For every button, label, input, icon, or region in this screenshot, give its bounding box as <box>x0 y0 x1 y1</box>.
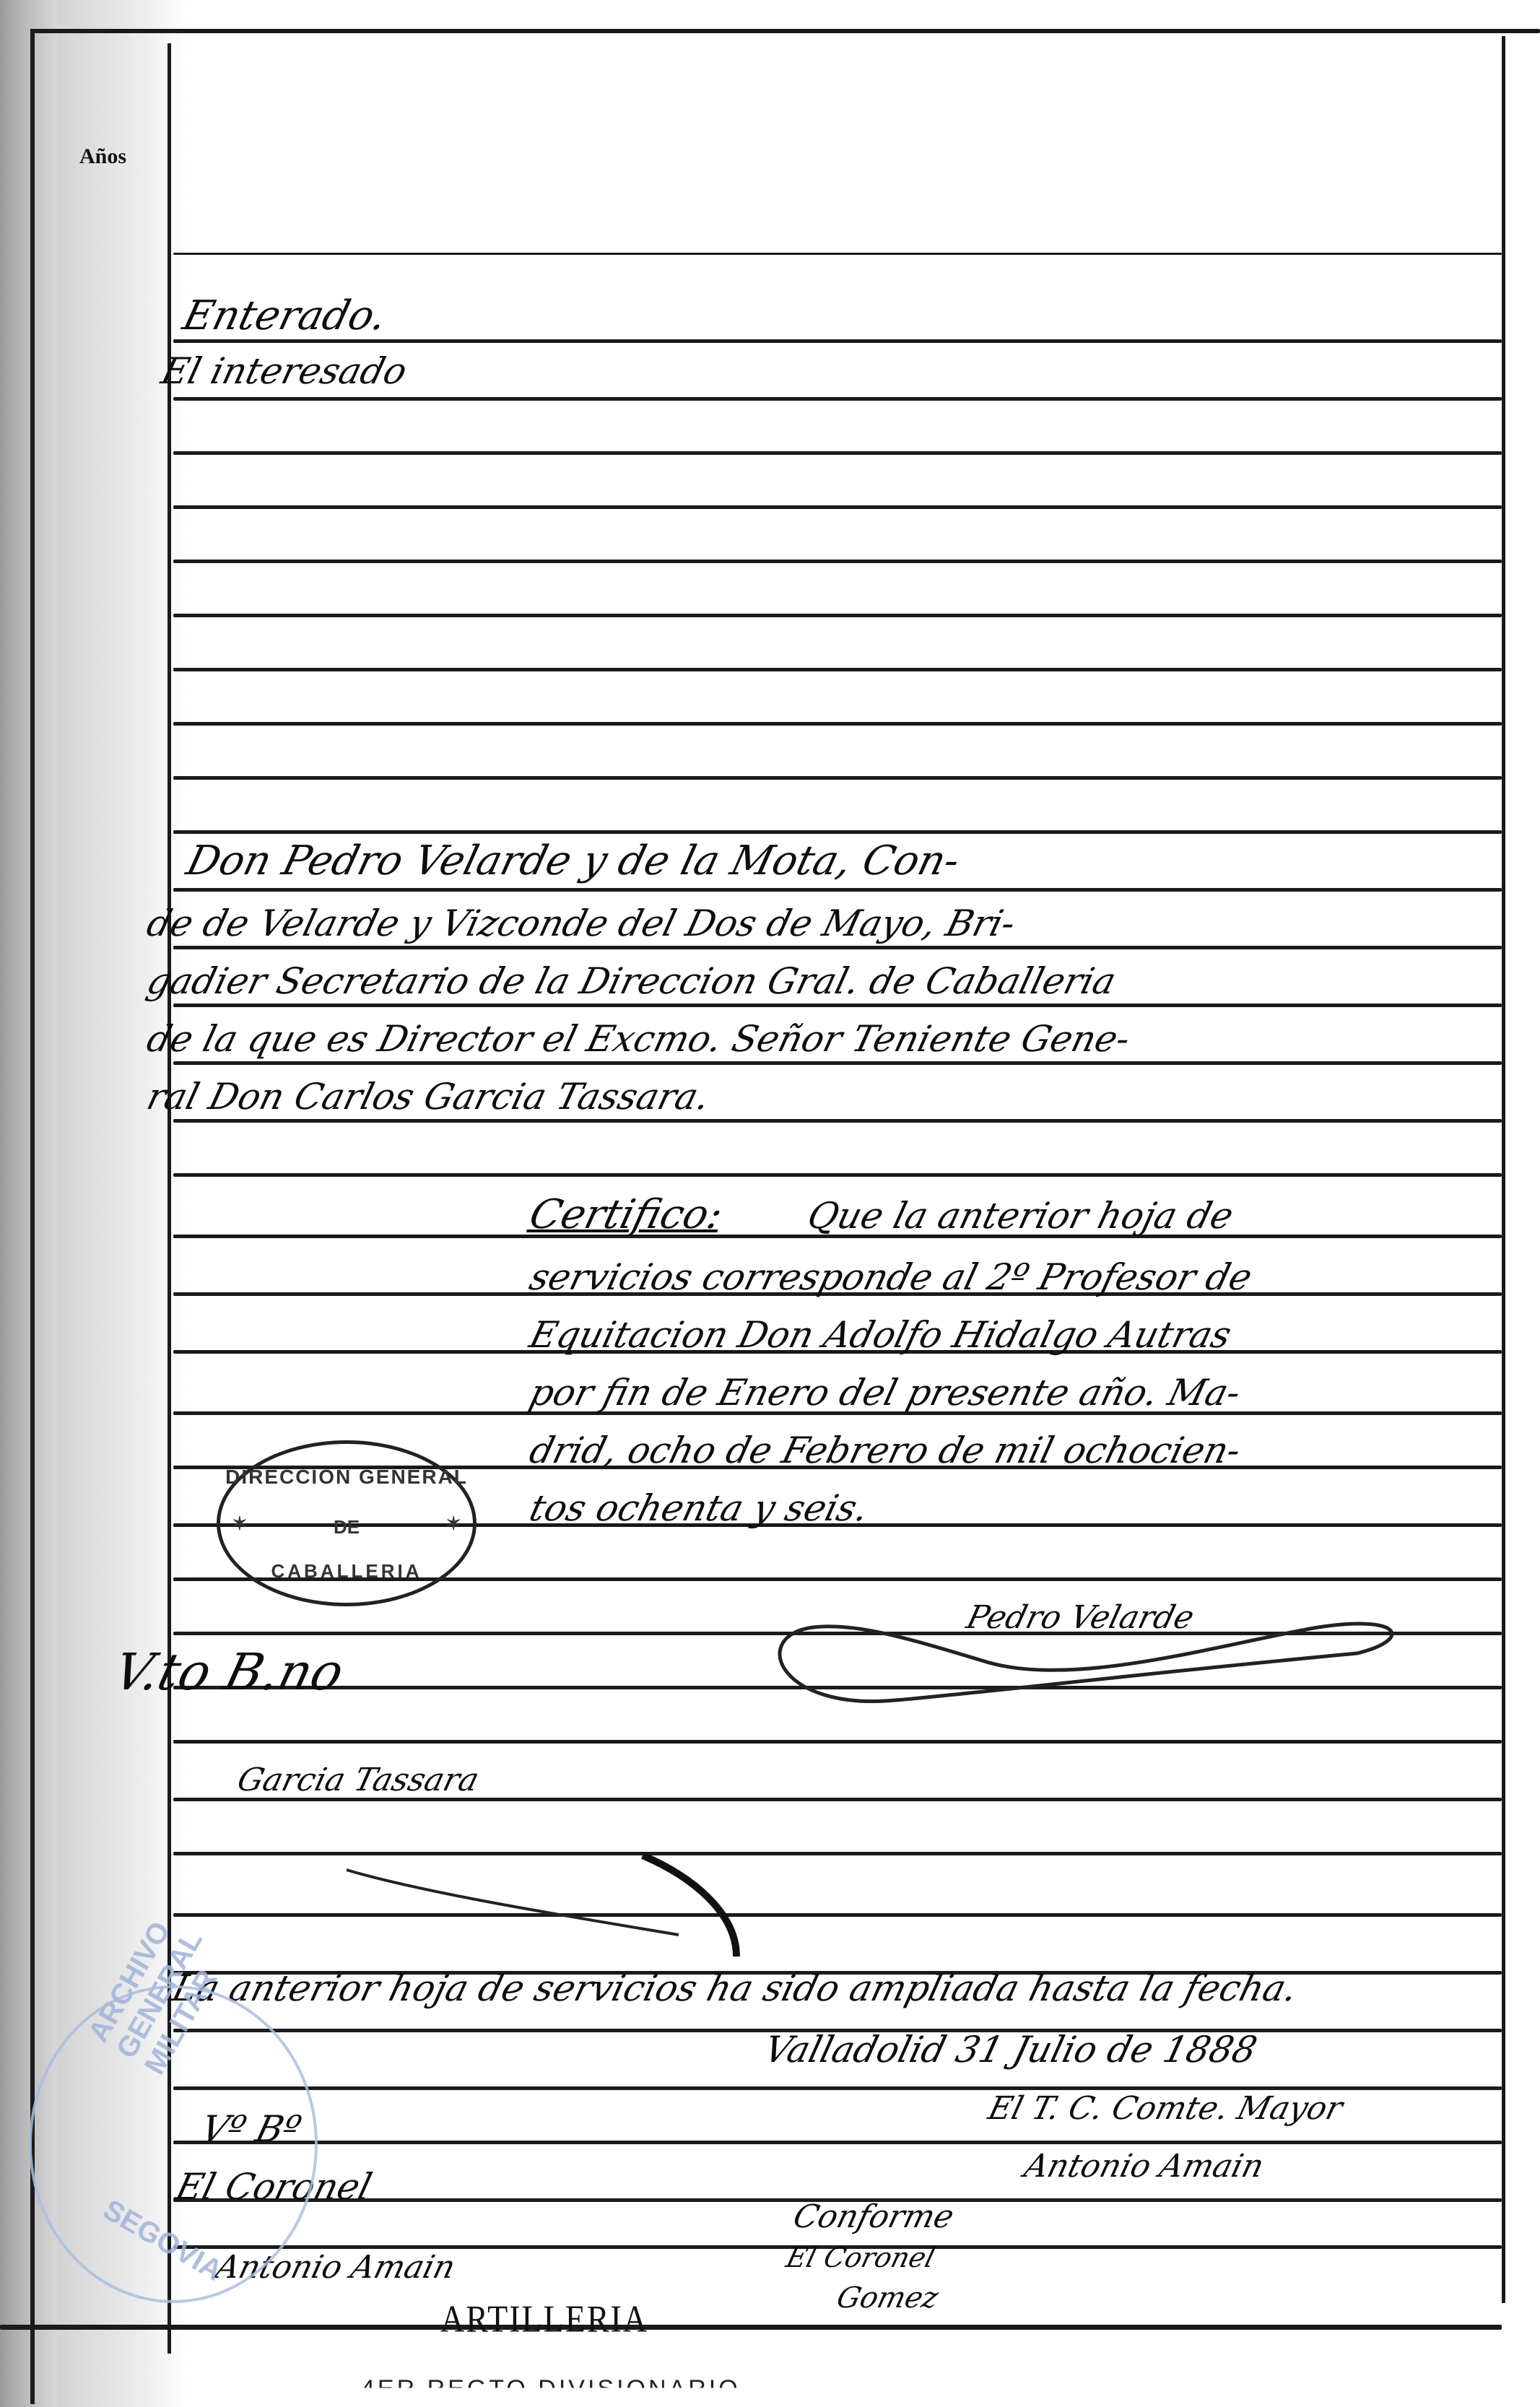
top-border-rule <box>32 29 1540 33</box>
signature-right: Antonio Amain <box>1021 2148 1268 2185</box>
page-binding-shadow <box>0 0 58 2407</box>
header-line-2: de de Velarde y Vizconde del Dos de Mayo… <box>143 902 1020 944</box>
cert-line-5: drid, ocho de Febrero de mil ochocien- <box>526 1429 1245 1471</box>
signature-flourish-icon <box>765 1610 1415 1704</box>
place-date: Valladolid 31 Julio de 1888 <box>760 2029 1261 2071</box>
conforme-signature: Gomez <box>833 2281 941 2315</box>
header-line-1: Don Pedro Velarde y de la Mota, Con- <box>182 837 965 884</box>
header-line-3: gadier Secretario de la Direccion Gral. … <box>143 960 1121 1002</box>
extension-note: La anterior hoja de servicios ha sido am… <box>168 1967 1302 2009</box>
header-line-4: de la que es Director el Excmo. Señor Te… <box>143 1018 1134 1060</box>
cert-line-1: Que la anterior hoja de <box>804 1195 1237 1237</box>
notice-interesado: El interesado <box>157 350 412 392</box>
cert-line-6: tos ochenta y seis. <box>526 1487 873 1529</box>
star-icon: ✶ <box>445 1512 461 1535</box>
header-line-5: ral Don Carlos Garcia Tassara. <box>143 1076 714 1118</box>
pen-flourish-icon <box>332 1848 765 1964</box>
notice-enterado: Enterado. <box>178 292 391 339</box>
cert-line-2: servicios corresponde al 2º Profesor de <box>526 1256 1256 1298</box>
cert-line-3: Equitacion Don Adolfo Hidalgo Autras <box>526 1314 1235 1356</box>
bottom-border-rule <box>0 2325 1502 2330</box>
archivo-general-militar-seal: ARCHIVO GENERAL MILITAR SEGOVIA <box>29 1985 318 2303</box>
certifico-lead: Certifico: <box>525 1191 728 1238</box>
conforme-role: El Coronel <box>783 2242 939 2273</box>
visto-bueno-label: V.to B.no <box>108 1642 349 1702</box>
right-border-rule <box>1502 36 1505 2303</box>
outer-left-rule <box>30 29 35 2404</box>
years-column-header: Años <box>79 144 126 169</box>
signature-garcia-tassara: Garcia Tassara <box>234 1762 483 1798</box>
direccion-general-stamp: DIRECCION GENERAL ✶ DE ✶ CABALLERIA <box>217 1440 477 1606</box>
conforme-label: Conforme <box>790 2198 958 2235</box>
printed-partial-line: 4ER REGTO DIVISIONARIO <box>361 2375 741 2403</box>
printed-unit-label: ARTILLERIA <box>440 2297 648 2341</box>
cert-line-4: por fin de Enero del presente año. Ma- <box>526 1372 1245 1414</box>
role-comandante-mayor: El T. C. Comte. Mayor <box>985 2090 1347 2127</box>
